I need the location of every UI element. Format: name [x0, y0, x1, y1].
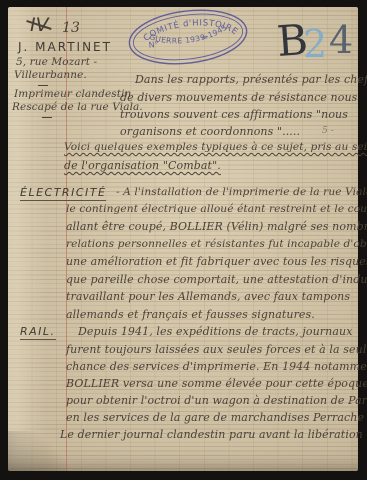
body-line: travaillant pour les Allemands, avec fau…: [66, 290, 350, 303]
corner-number: 13: [62, 20, 80, 36]
body-line: relations personnelles et résistantes fu…: [66, 238, 367, 250]
body-line: furent toujours laissées aux seules forc…: [66, 343, 367, 356]
body-line: le contingent électrique alloué étant re…: [66, 203, 367, 215]
page-marker: 5 -: [322, 126, 334, 136]
intro-line: trouvons souvent ces affirmations "nous: [120, 108, 348, 121]
section-heading-suffix: - A l'installation de l'imprimerie de la…: [116, 186, 367, 198]
stamp-number-label: N°: [148, 40, 159, 50]
body-line: allemands et français et fausses signatu…: [66, 308, 315, 321]
dash-mark: [42, 117, 52, 118]
scan-shadow: [8, 431, 68, 471]
author-name: J. MARTINET: [18, 40, 112, 54]
body-line: Le dernier journal clandestin paru avant…: [60, 428, 363, 441]
section-heading-rail: RAIL.: [20, 325, 56, 340]
author-role-1: Imprimeur clandestin: [14, 88, 131, 100]
body-line: que pareille chose comportait, une attes…: [66, 273, 367, 286]
scanned-document: IV 13 J. MARTINET 5, rue Mozart - Villeu…: [0, 0, 367, 480]
intro-line: Dans les rapports, présentés par les che…: [135, 73, 367, 86]
stamp-smudge: [202, 36, 207, 40]
dash-mark: [38, 85, 48, 86]
thesis-line: Voici quelques exemples typiques à ce su…: [64, 141, 367, 153]
section-heading-suffix: Depuis 1941, les expéditions de tracts, …: [78, 325, 353, 338]
body-line: BOLLIER versa une somme élevée pour cett…: [66, 377, 367, 390]
intro-line: de divers mouvements de résistance nous: [120, 91, 357, 104]
intro-line: organisons et coordonnons ".....: [120, 125, 300, 138]
thesis-line: de l'organisation "Combat".: [64, 159, 221, 172]
body-line: chance des services d'imprimerie. En 194…: [66, 360, 367, 373]
body-line: pour obtenir l'octroi d'un wagon à desti…: [66, 394, 367, 407]
author-address-1: 5, rue Mozart -: [16, 56, 97, 68]
body-line: en les services de la gare de marchandis…: [66, 411, 367, 424]
shelfmark-digit-2: 2: [303, 22, 327, 66]
section-heading-electricite: ÉLECTRICITÉ: [20, 186, 106, 201]
body-line: une amélioration et fit fabriquer avec t…: [66, 255, 367, 268]
shelfmark-digit-4: 4: [329, 18, 353, 62]
author-address-2: Villeurbanne.: [14, 69, 87, 81]
body-line: allant être coupé, BOLLIER (Vélin) malgr…: [66, 220, 367, 233]
